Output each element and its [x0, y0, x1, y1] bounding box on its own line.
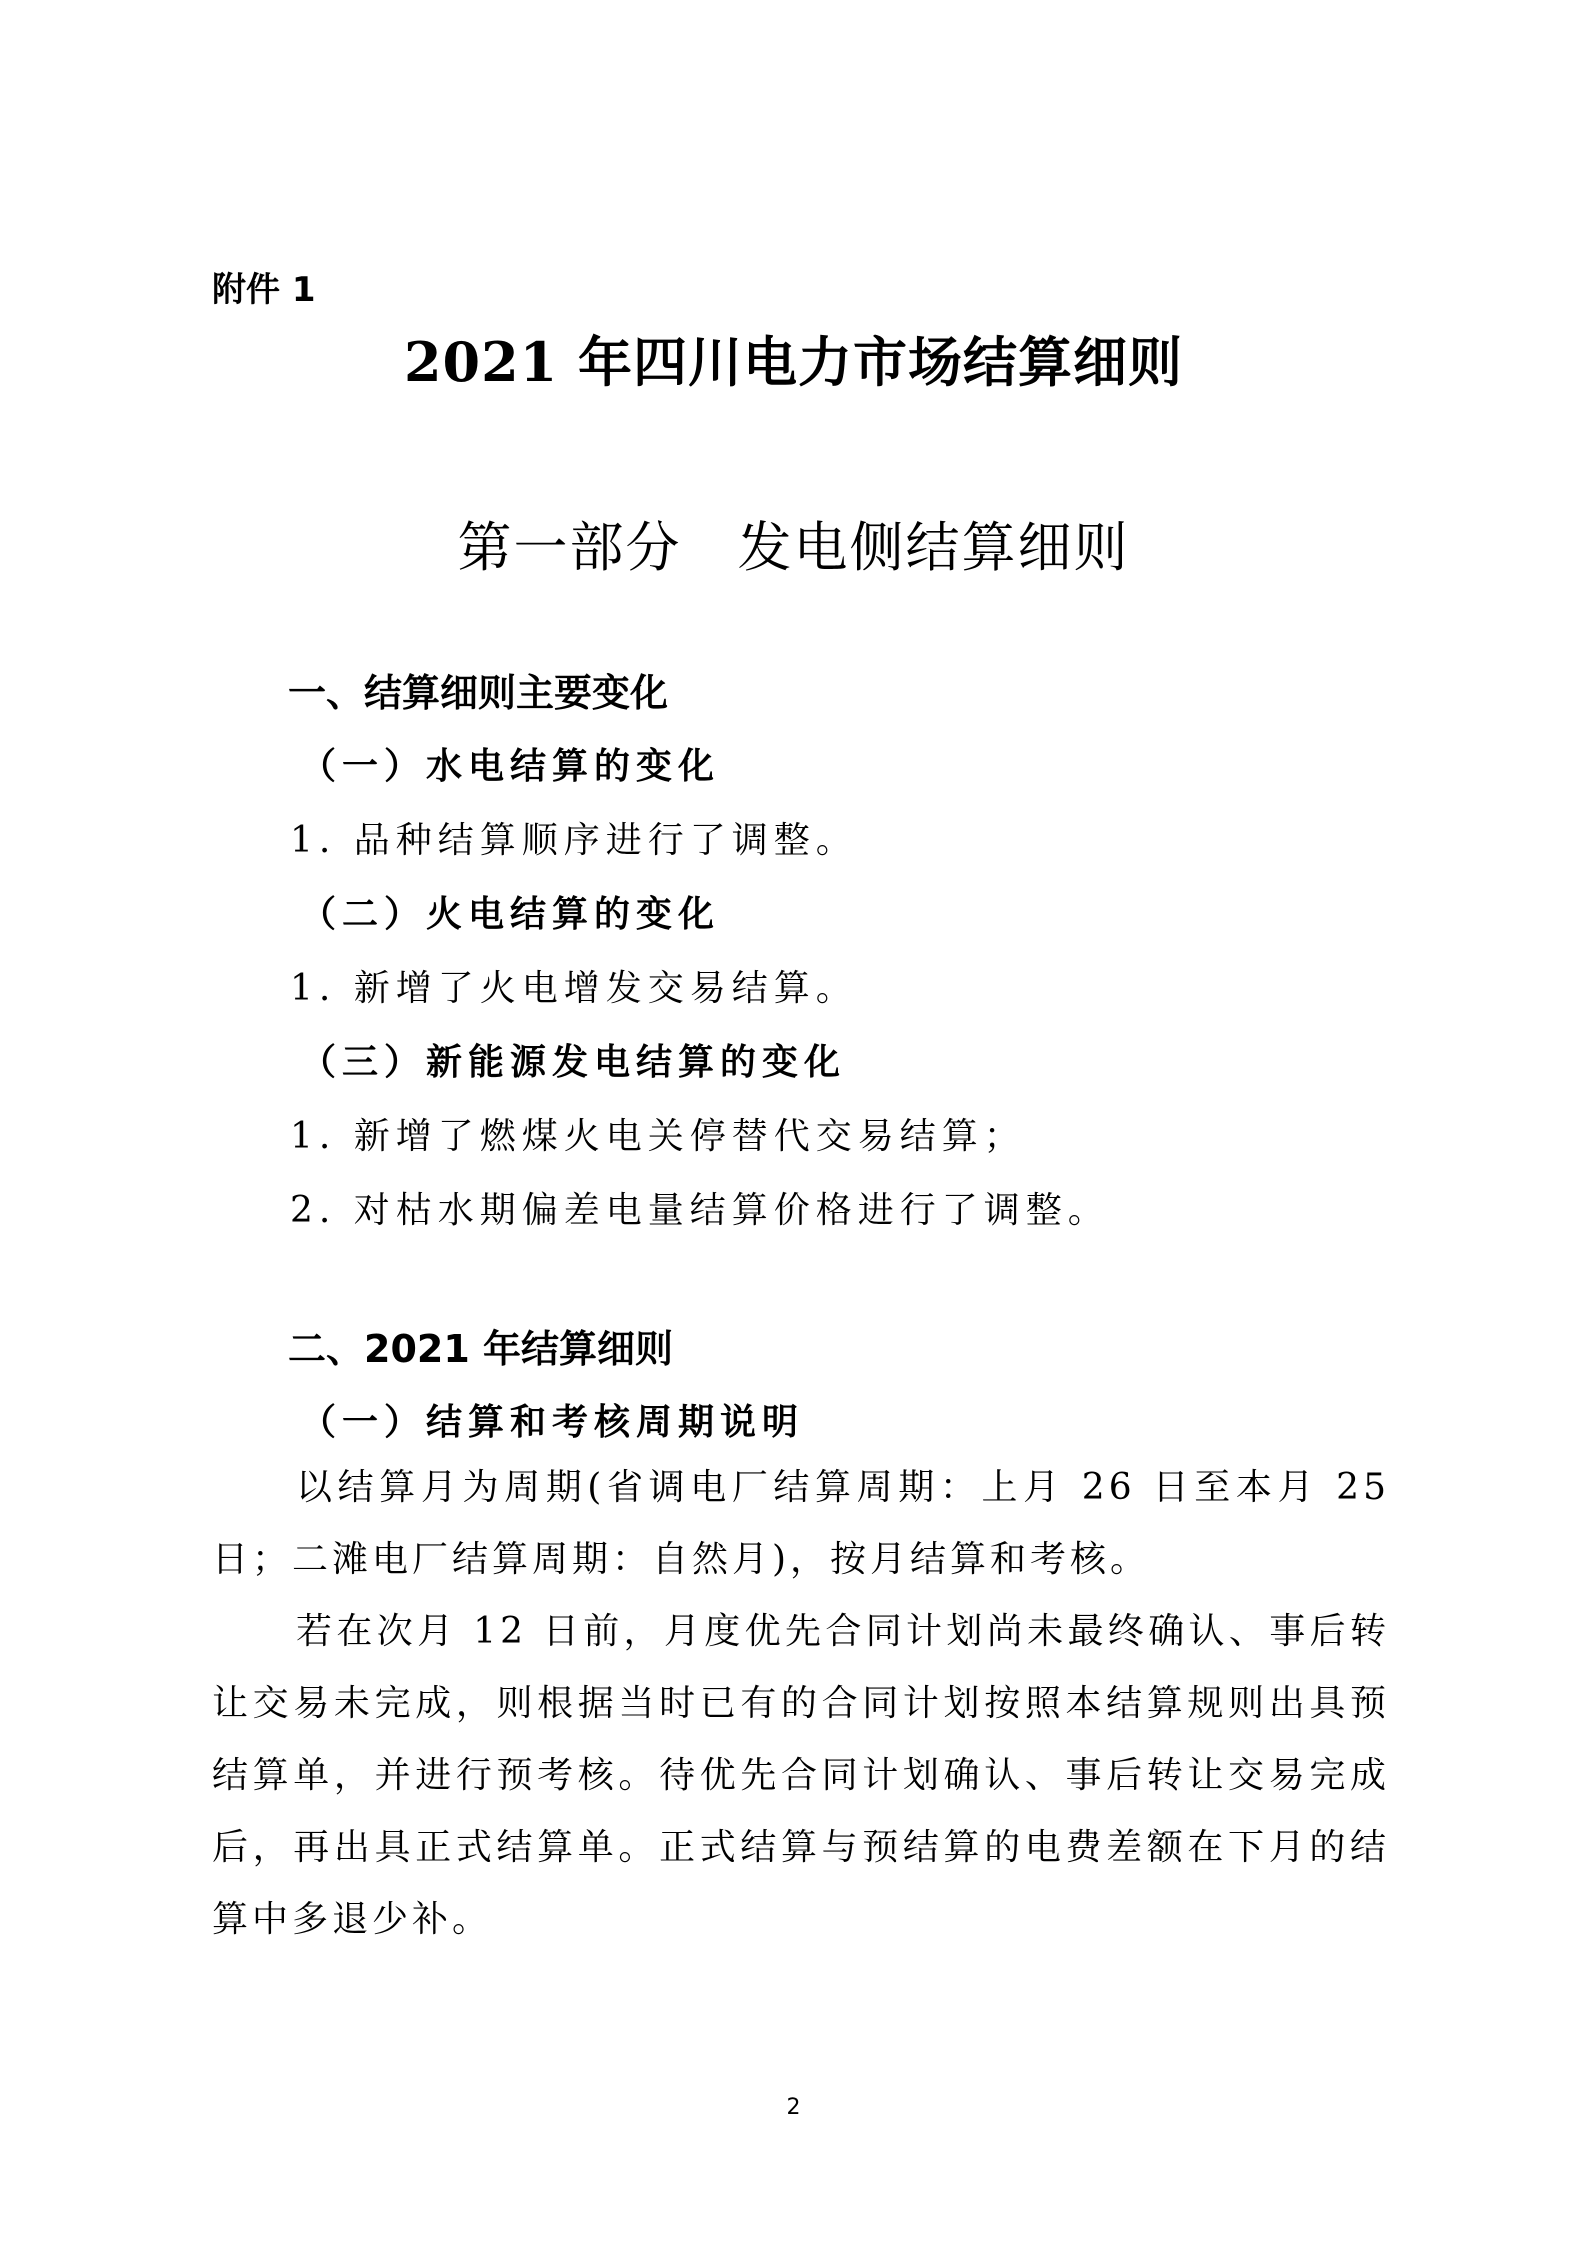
list-item: 1. 品种结算顺序进行了调整。 — [290, 812, 858, 863]
page-number: 2 — [0, 2095, 1587, 2120]
list-item: 1. 新增了火电增发交易结算。 — [290, 960, 858, 1011]
subsection-heading-1-1: （一）水电结算的变化 — [300, 738, 720, 789]
list-item: 1. 新增了燃煤火电关停替代交易结算； — [290, 1108, 1026, 1159]
body-paragraph: 若在次月 12 日前，月度优先合同计划尚未最终确认、事后转让交易未完成，则根据当… — [212, 1596, 1390, 1956]
subsection-heading-1-2: （二）火电结算的变化 — [300, 886, 720, 937]
subsection-heading-1-3: （三）新能源发电结算的变化 — [300, 1034, 846, 1085]
list-item: 2. 对枯水期偏差电量结算价格进行了调整。 — [290, 1182, 1110, 1233]
body-paragraph: 以结算月为周期(省调电厂结算周期：上月 26 日至本月 25 日；二滩电厂结算周… — [212, 1452, 1390, 1596]
subsection-heading-2-1: （一）结算和考核周期说明 — [300, 1394, 804, 1445]
part-title: 第一部分 发电侧结算细则 — [0, 505, 1587, 582]
document-title: 2021 年四川电力市场结算细则 — [0, 320, 1587, 397]
section-heading-2: 二、2021 年结算细则 — [288, 1318, 673, 1373]
attachment-label: 附件 1 — [212, 262, 316, 311]
section-heading-1: 一、结算细则主要变化 — [288, 662, 668, 717]
document-page: 附件 1 2021 年四川电力市场结算细则 第一部分 发电侧结算细则 一、结算细… — [0, 0, 1587, 2245]
